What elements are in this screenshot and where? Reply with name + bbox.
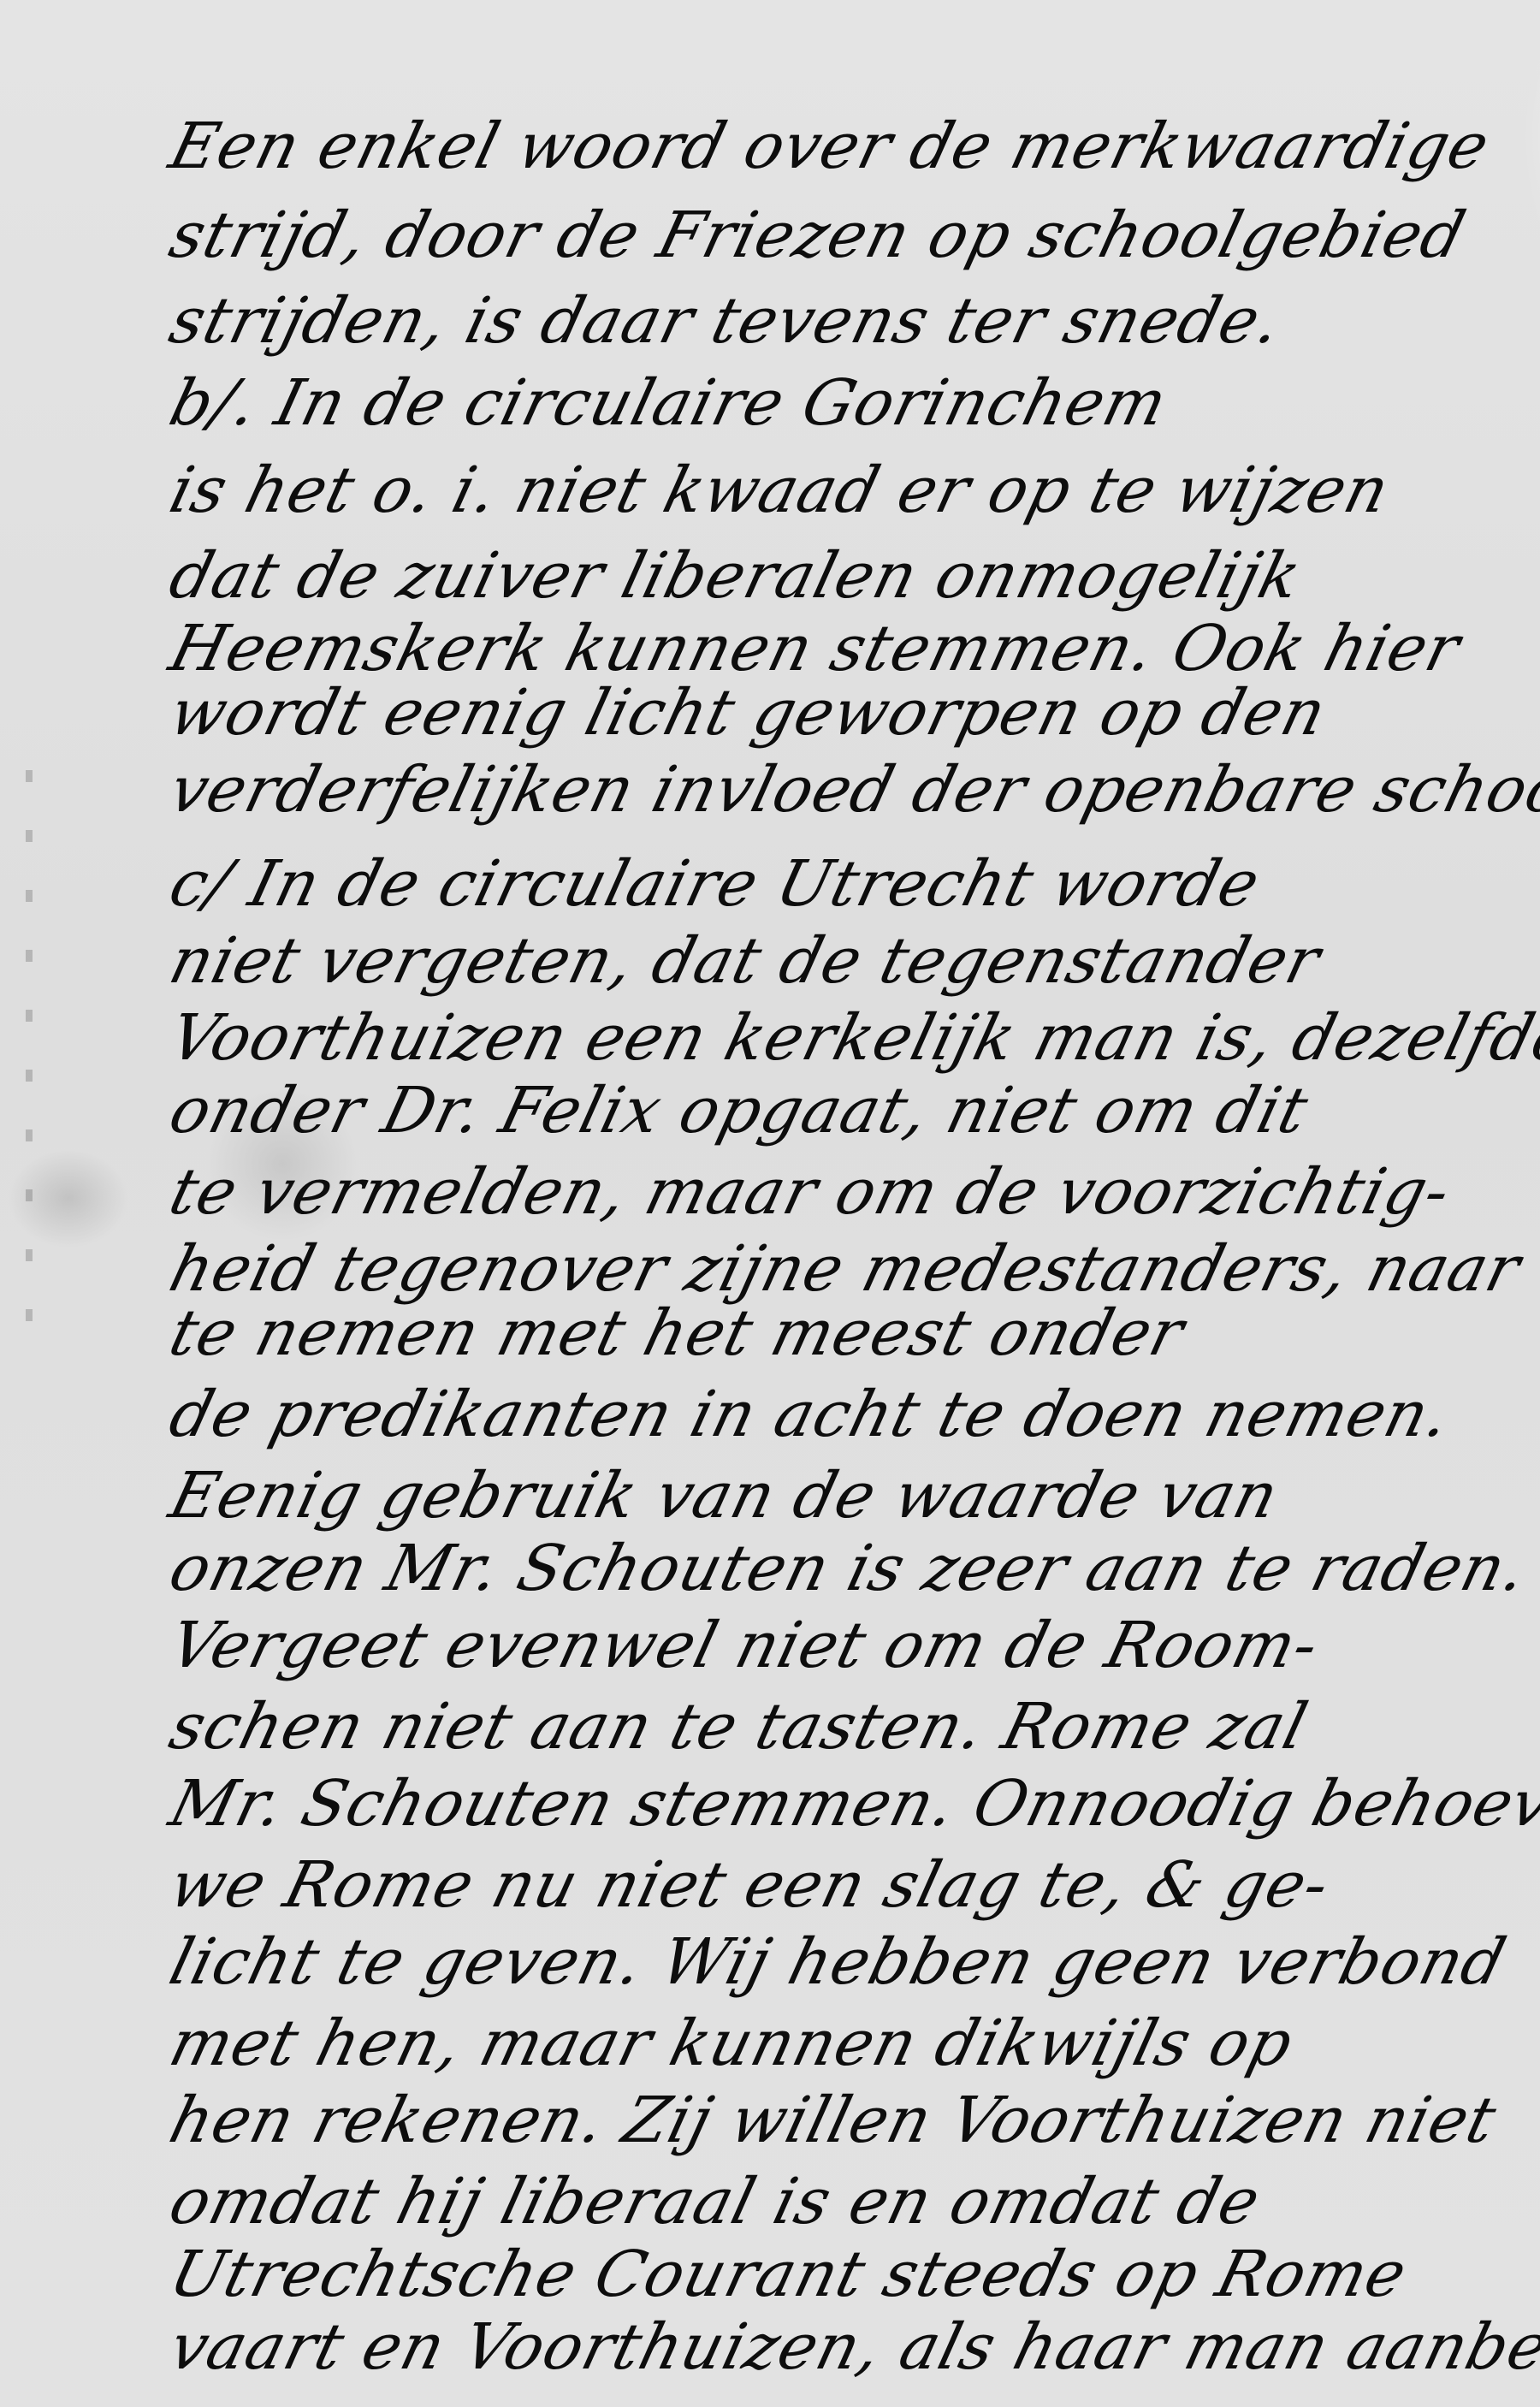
text-line: Mr. Schouten stemmen. Onnoodig behoeven [163,1767,1540,1841]
text-line: Een enkel woord over de merkwaardige [163,110,1496,183]
text-line: Voorthuizen een kerkelijk man is, dezelf… [163,1001,1540,1075]
text-line: Eenig gebruik van de waarde van [163,1459,1286,1533]
text-line: we Rome nu niet een slag te, & ge- [163,1848,1337,1922]
text-line: onder Dr. Felix opgaat, niet om dit [163,1074,1316,1147]
margin-marks [26,770,33,1369]
text-line: strijden, is daar tevens ter snede. [163,284,1289,358]
text-line: c/ In de circulaire Utrecht worde [163,847,1267,921]
text-line: Heemskerk kunnen stemmen. Ook hier [163,612,1467,685]
text-line: onzen Mr. Schouten is zeer aan te raden. [163,1532,1534,1605]
text-line: licht te geven. Wij hebben geen verbond [163,1925,1513,1999]
text-line: schen niet aan te tasten. Rome zal [163,1690,1315,1764]
text-line: met hen, maar kunnen dikwijls op [163,2007,1300,2080]
text-line: de predikanten in acht te doen nemen. [163,1378,1458,1451]
text-line: heid tegenover zijne medestanders, naar [163,1232,1528,1306]
text-line: Vergeet evenwel niet om de Room- [163,1609,1326,1682]
text-line: niet vergeten, dat de tegenstander [163,924,1328,998]
text-line: Utrechtsche Courant steeds op Rome [163,2238,1414,2311]
text-line: wordt eenig licht geworpen op den [163,676,1334,750]
text-line: te nemen met het meest onder [163,1296,1192,1370]
text-line: vaart en Voorthuizen, als haar man aanbe… [163,2310,1540,2384]
text-line: b/. In de circulaire Gorinchem [163,366,1175,440]
text-line: is het o. i. niet kwaad er op te wijzen [163,454,1397,527]
text-line: dat de zuiver liberalen onmogelijk [163,539,1309,613]
text-line: omdat hij liberaal is en omdat de [163,2165,1268,2238]
text-line: verderfelijken invloed der openbare scho… [163,753,1540,827]
text-line: te vermelden, maar om de voorzichtig- [163,1155,1458,1229]
text-line: strijd, door de Friezen op schoolgebied [163,199,1472,272]
handwritten-page: Een enkel woord over de merkwaardige str… [0,0,1540,2407]
text-line: hen rekenen. Zij willen Voorthuizen niet [163,2084,1504,2157]
